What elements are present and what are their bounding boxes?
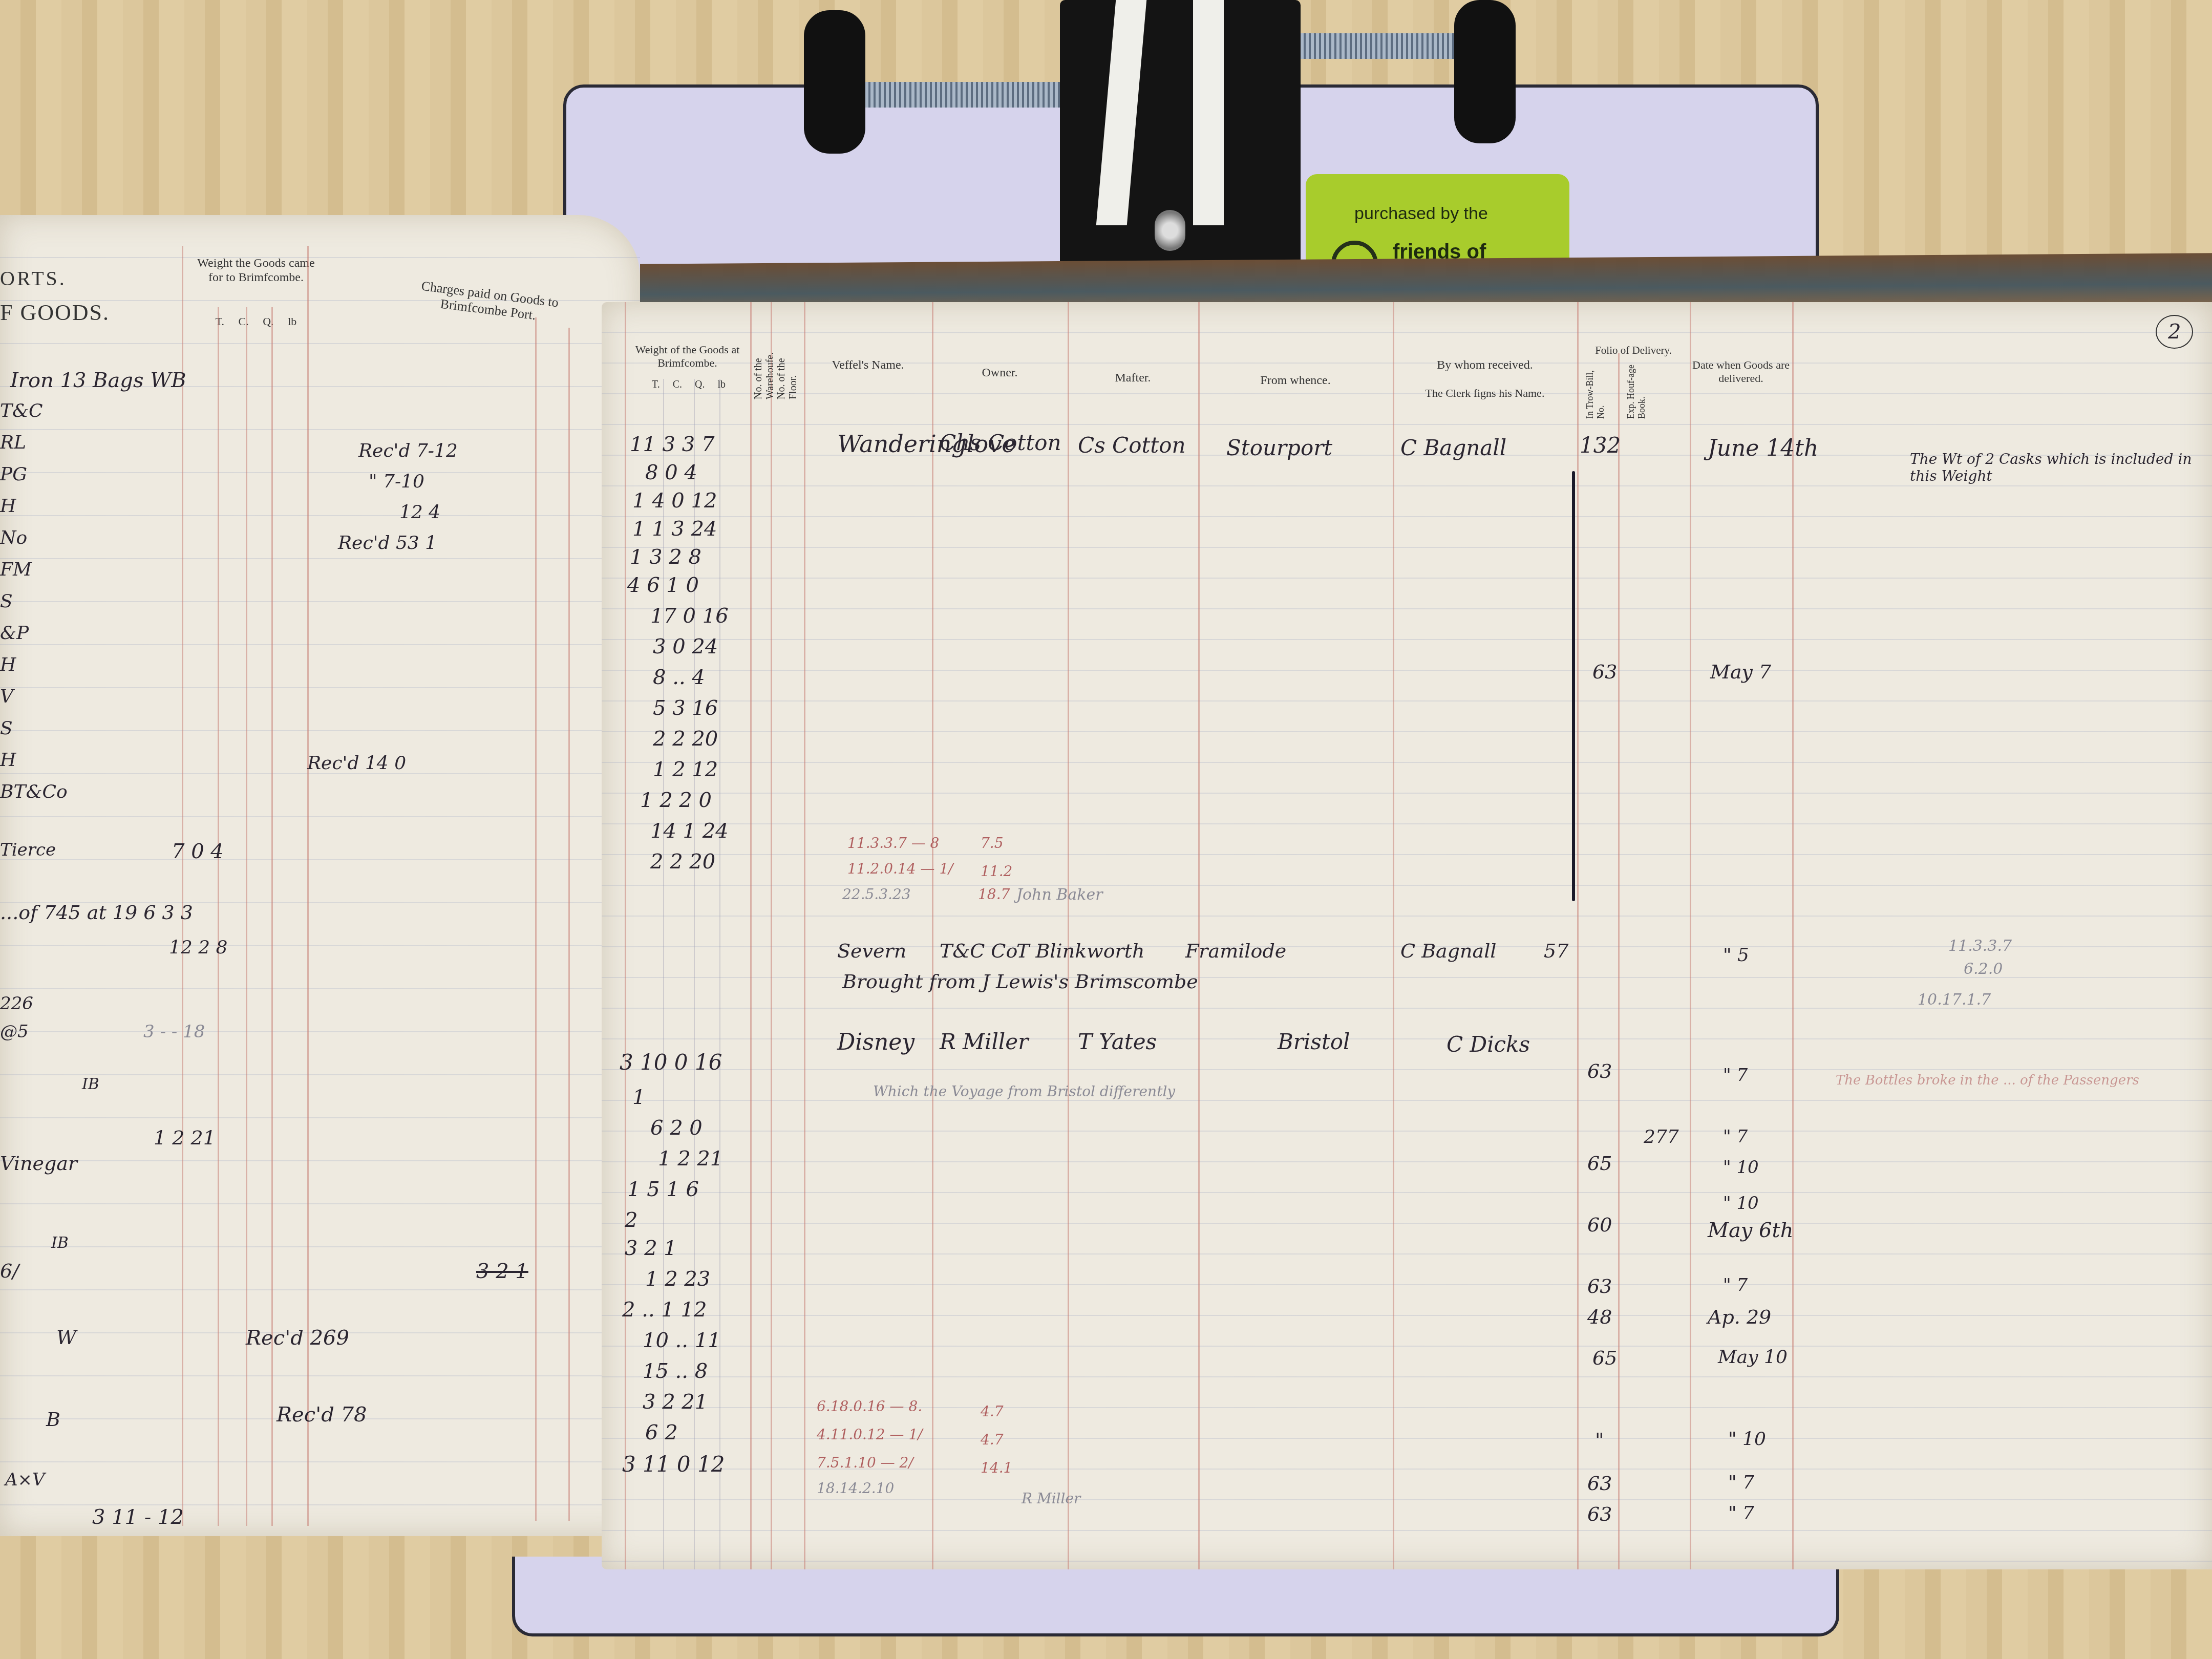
row-mark: V xyxy=(0,686,13,707)
row-mark: Vinegar xyxy=(0,1152,77,1175)
subtotal-total: 18.14.2.10 xyxy=(817,1480,894,1497)
row-mark: H xyxy=(0,654,16,675)
folio-number: 63 xyxy=(1587,1060,1612,1082)
owner-name: T&C Co xyxy=(940,940,1017,962)
row-mark: 226 xyxy=(0,993,33,1014)
delivery-date: May 10 xyxy=(1718,1347,1788,1368)
weight-row: 8 .. 4 xyxy=(653,666,705,689)
row-mark: FM xyxy=(0,559,32,580)
column-rule xyxy=(568,328,570,1521)
header-from: From whence. xyxy=(1198,374,1393,388)
exp-folio: 277 xyxy=(1644,1126,1679,1147)
charge-entry: Rec'd 78 xyxy=(276,1403,367,1427)
folio-number: 63 xyxy=(1592,661,1617,683)
owner-name: R Miller xyxy=(940,1029,1028,1054)
column-rule xyxy=(1690,302,1691,1569)
delivery-date: " 10 xyxy=(1723,1193,1759,1214)
signature: John Baker xyxy=(1016,886,1102,904)
subtotal-total: 22.5.3.23 xyxy=(842,886,911,903)
weight-row: 1 2 12 xyxy=(653,758,718,781)
folio-number: 63 xyxy=(1587,1503,1612,1525)
received-by: C Dicks xyxy=(1447,1032,1530,1057)
row-weight: 12 2 8 xyxy=(169,937,228,958)
charge-entry: Rec'd 53 1 xyxy=(338,533,437,554)
weight-row: 3 2 21 xyxy=(643,1390,708,1414)
delivery-date: Ap. 29 xyxy=(1708,1306,1771,1328)
column-rule xyxy=(1577,302,1579,1569)
left-title-line2: F GOODS. xyxy=(0,300,110,326)
weight-row: 10 .. 11 xyxy=(643,1329,721,1352)
column-rule xyxy=(1068,302,1069,1569)
weight-row: 1 1 3 24 xyxy=(632,517,717,541)
margin-note: The Wt of 2 Casks which is included in t… xyxy=(1910,451,2197,492)
weight-row: 17 0 16 xyxy=(650,604,729,628)
delivery-date: " 5 xyxy=(1723,945,1749,966)
row-mark: A×V xyxy=(5,1470,45,1490)
weight-row: 4 6 1 0 xyxy=(627,573,699,597)
header-folio-trow: In Trow-Bill, No. xyxy=(1585,363,1606,419)
weight-row: 2 .. 1 12 xyxy=(622,1298,707,1322)
weight-row: 3 0 24 xyxy=(653,635,718,658)
delivery-date: " 7 xyxy=(1728,1503,1754,1524)
weight-row: 1 2 23 xyxy=(645,1267,710,1291)
weight-row: 3 10 0 16 xyxy=(620,1050,722,1075)
header-folio: Folio of Delivery. xyxy=(1577,344,1690,357)
row-mark: S xyxy=(0,591,13,612)
charge: 4.7 xyxy=(981,1403,1004,1420)
header-master: Mafter. xyxy=(1068,371,1198,385)
row-mark: IB xyxy=(82,1075,99,1093)
row-mark: Tierce xyxy=(0,840,56,860)
weight-row: 8 0 4 xyxy=(645,461,697,484)
delivery-date: " 7 xyxy=(1723,1065,1748,1086)
subtotal: 6.18.0.16 — 8. xyxy=(817,1398,922,1415)
charge: 11.2 xyxy=(981,863,1012,880)
weight-row: 15 .. 8 xyxy=(643,1359,708,1383)
row-mark: BT&Co xyxy=(0,781,68,802)
clamp-knob-right[interactable] xyxy=(1454,0,1516,143)
weight-row: 1 3 2 8 xyxy=(630,545,701,569)
column-rule xyxy=(719,379,720,1569)
header-vessel: Veffel's Name. xyxy=(804,358,932,372)
header-folio-exp: Exp. Houf-age Book. xyxy=(1626,363,1647,419)
subtotal: 11.2.0.14 — 1/ xyxy=(847,860,953,877)
delivery-date: " 7 xyxy=(1723,1275,1748,1295)
folio-number: 57 xyxy=(1544,940,1568,962)
from-place: Bristol xyxy=(1278,1029,1350,1054)
column-rule xyxy=(625,302,626,1569)
row-mark: IB xyxy=(51,1234,69,1252)
received-by: C Bagnall xyxy=(1400,435,1506,460)
subtotal: 4.11.0.12 — 1/ xyxy=(817,1426,923,1443)
weight-units: T. C. Q. lb xyxy=(195,315,317,328)
column-rule xyxy=(932,302,933,1569)
charge-entry: Rec'd 14 0 xyxy=(307,753,406,774)
from-place: Stourport xyxy=(1226,435,1332,460)
vessel-name: Severn xyxy=(837,940,906,962)
weight-row: 2 xyxy=(625,1208,637,1232)
margin-calc: 6.2.0 xyxy=(1964,960,2003,978)
weight-row: 11 3 3 7 xyxy=(630,433,714,456)
weight-row: 6 2 xyxy=(645,1421,678,1444)
delivery-date: " 7 xyxy=(1723,1126,1748,1147)
column-rule xyxy=(750,302,752,1569)
weight-row: 1 2 2 0 xyxy=(640,789,712,812)
entry-line2: Brought from J Lewis's Brimscombe xyxy=(842,970,1198,993)
column-rule xyxy=(1198,302,1200,1569)
header-weight-units: T. C. Q. lb xyxy=(627,379,750,391)
column-rule xyxy=(1792,302,1794,1569)
charge-entry: " 7-10 xyxy=(369,471,424,492)
weight-row: 5 3 16 xyxy=(653,696,718,720)
from-place: Framilode xyxy=(1185,940,1286,962)
column-rule xyxy=(771,302,772,1569)
delivery-date: May 6th xyxy=(1708,1219,1793,1242)
margin-calc: 11.3.3.7 xyxy=(1948,937,2012,955)
row-mark: S xyxy=(0,718,13,739)
row-weight: 7 0 4 xyxy=(172,840,224,863)
delivery-date: May 7 xyxy=(1710,661,1771,683)
row-mark: H xyxy=(0,750,16,771)
column-rule xyxy=(182,246,183,1526)
header-received-sub: The Clerk figns his Name. xyxy=(1400,387,1569,400)
row-mark: W xyxy=(56,1326,76,1349)
charges-header: Charges paid on Goods to Brimfcombe Port… xyxy=(403,276,575,328)
row-mark: B xyxy=(46,1408,60,1431)
margin-note: The Bottles broke in the ... of the Pass… xyxy=(1836,1073,2153,1088)
header-received-by: By whom received. xyxy=(1393,358,1577,372)
weight-row: 1 4 0 12 xyxy=(632,489,717,513)
master-name: T Blinkworth xyxy=(1016,940,1144,962)
row-mark: 6/ xyxy=(0,1260,19,1282)
charge-entry: Rec'd 269 xyxy=(246,1326,349,1350)
row-weight: 3 - - 18 xyxy=(143,1022,205,1042)
master-name: Cs Cotton xyxy=(1078,433,1186,458)
weight-row: 3 11 0 12 xyxy=(622,1452,725,1477)
folio-number: 63 xyxy=(1587,1275,1612,1298)
delivery-date: " 10 xyxy=(1728,1429,1766,1450)
ledger-right-page: 2 Weight of the Goods at Brimfcombe. T. … xyxy=(602,302,2212,1569)
sticker-line1: purchased by the xyxy=(1354,204,1488,224)
weight-row: 1 2 21 xyxy=(658,1147,723,1171)
bracket xyxy=(1572,471,1575,901)
row-mark: Iron 13 Bags WB xyxy=(10,369,186,392)
folio-number: " xyxy=(1595,1429,1604,1451)
ledger-left-page: ORTS. F GOODS. Weight the Goods came for… xyxy=(0,215,640,1536)
header-floor: No. of the Floor. xyxy=(776,338,799,399)
charge-total: 18.7 xyxy=(978,886,1010,903)
charge-entry: 3 2 1 xyxy=(476,1260,528,1283)
subtotal: 7.5.1.10 — 2/ xyxy=(817,1454,913,1471)
column-rule xyxy=(1618,353,1620,1569)
header-warehouse: No. of the Warehoufe. xyxy=(753,338,776,399)
clamp-screw-right xyxy=(1301,33,1464,59)
delivery-date: June 14th xyxy=(1708,435,1818,461)
charge-entry: Rec'd 7-12 xyxy=(358,440,458,461)
row-mark: No xyxy=(0,527,27,548)
charge: 4.7 xyxy=(981,1431,1004,1448)
page-number: 2 xyxy=(2156,315,2193,349)
header-weight: Weight of the Goods at Brimfcombe. xyxy=(625,343,750,370)
row-mark: RL xyxy=(0,432,26,453)
clamp-bar xyxy=(1193,0,1224,225)
pencil-note: Which the Voyage from Bristol differentl… xyxy=(873,1083,1175,1100)
delivery-date: " 10 xyxy=(1723,1157,1759,1178)
header-date: Date when Goods are delivered. xyxy=(1690,358,1792,385)
charge-entry: 12 4 xyxy=(399,502,440,523)
clamp-bolt xyxy=(1155,210,1185,251)
column-rule xyxy=(1393,302,1394,1569)
folio-number: 63 xyxy=(1587,1472,1612,1495)
left-title-line1: ORTS. xyxy=(0,266,67,290)
weight-row: 14 1 24 xyxy=(650,819,729,843)
row-mark: @5 xyxy=(0,1022,29,1042)
received-by: C Bagnall xyxy=(1400,940,1497,962)
weight-row: 1 xyxy=(632,1086,645,1109)
row-mark: PG xyxy=(0,464,27,485)
row-mark: H xyxy=(0,496,16,517)
subtotal: 11.3.3.7 — 8 xyxy=(847,835,939,852)
column-rule xyxy=(535,317,537,1521)
column-rule xyxy=(218,307,219,1526)
signature: R Miller xyxy=(1022,1490,1080,1507)
weight-row: 6 2 0 xyxy=(650,1116,703,1140)
book-clamp xyxy=(1060,0,1301,287)
column-rule xyxy=(804,302,805,1569)
weight-row: 2 2 20 xyxy=(653,727,718,751)
row-weight: 1 2 21 xyxy=(154,1126,216,1149)
folio-number: 48 xyxy=(1587,1306,1612,1328)
weight-row: 3 2 1 xyxy=(625,1237,677,1260)
charge-total: 14.1 xyxy=(981,1459,1012,1476)
clamp-knob-left[interactable] xyxy=(804,10,865,154)
delivery-date: " 7 xyxy=(1728,1472,1754,1493)
charge: 7.5 xyxy=(981,835,1004,852)
clamp-bar xyxy=(1096,0,1146,225)
margin-calc-total: 10.17.1.7 xyxy=(1918,991,1991,1009)
row-mark: T&C xyxy=(0,400,43,421)
clamp-screw-left xyxy=(860,82,1065,108)
folio-number: 60 xyxy=(1587,1214,1612,1236)
header-owner: Owner. xyxy=(932,366,1068,380)
weight-row: 1 5 1 6 xyxy=(627,1178,699,1201)
master-name: T Yates xyxy=(1078,1029,1157,1054)
row-mark: ...of 745 at 19 6 3 3 xyxy=(0,901,193,924)
owner-name: Chs Cotton xyxy=(940,430,1061,455)
weight-came-header: Weight the Goods came for to Brimfcombe. xyxy=(195,256,317,285)
folio-number: 65 xyxy=(1587,1152,1612,1175)
weight-row: 2 2 20 xyxy=(650,850,715,874)
folio-number: 132 xyxy=(1580,433,1621,458)
vessel-name: Disney xyxy=(837,1029,914,1055)
folio-number: 65 xyxy=(1592,1347,1617,1369)
row-mark: &P xyxy=(0,623,29,644)
row-weight: 3 11 - 12 xyxy=(92,1505,184,1529)
